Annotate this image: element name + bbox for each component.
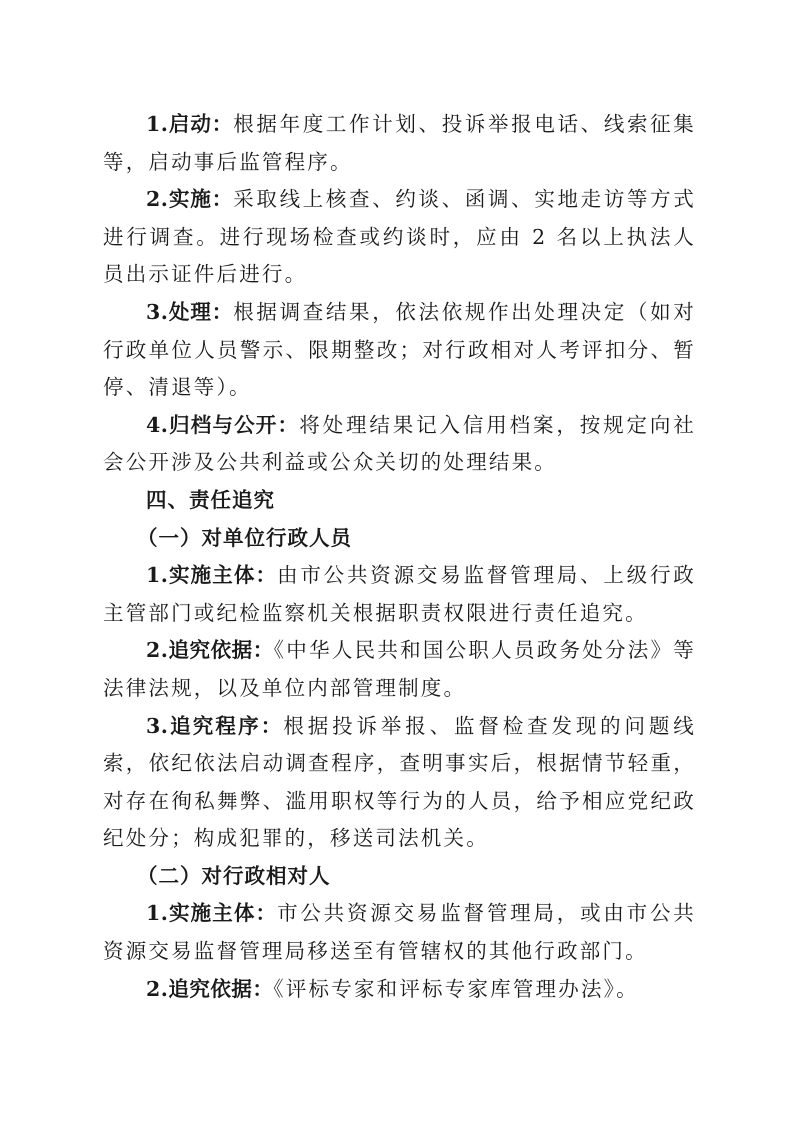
paragraph-label: 3.追究程序：	[146, 714, 283, 738]
subsection-heading-administrative-staff: （一）对单位行政人员	[103, 520, 696, 558]
subsection-heading-counterparty: （二）对行政相对人	[103, 858, 696, 896]
paragraph-label: 2.追究依据：	[146, 977, 273, 1001]
paragraph-label: 1.启动：	[146, 112, 233, 136]
paragraph-implementing-body: 1.实施主体：由市公共资源交易监督管理局、上级行政主管部门或纪检监察机关根据职责…	[103, 557, 696, 632]
paragraph-archive-publish: 4.归档与公开：将处理结果记入信用档案，按规定向社会公开涉及公共利益或公众关切的…	[103, 407, 696, 482]
paragraph-label: 2.追究依据：	[146, 638, 274, 662]
paragraph-legal-basis-2: 2.追究依据：《评标专家和评标专家库管理办法》。	[103, 971, 696, 1009]
paragraph-label: 3.处理：	[146, 300, 233, 324]
paragraph-implementing-body-2: 1.实施主体：市公共资源交易监督管理局，或由市公共资源交易监督管理局移送至有管辖…	[103, 895, 696, 970]
paragraph-handle: 3.处理：根据调查结果，依法依规作出处理决定（如对行政单位人员警示、限期整改；对…	[103, 294, 696, 407]
paragraph-start: 1.启动：根据年度工作计划、投诉举报电话、线索征集等，启动事后监管程序。	[103, 106, 696, 181]
paragraph-implement: 2.实施：采取线上核查、约谈、函调、实地走访等方式进行调查。进行现场检查或约谈时…	[103, 181, 696, 294]
paragraph-label: 1.实施主体：	[146, 901, 277, 925]
paragraph-label: 1.实施主体：	[146, 563, 277, 587]
paragraph-procedure: 3.追究程序：根据投诉举报、监督检查发现的问题线索，依纪依法启动调查程序，查明事…	[103, 708, 696, 858]
paragraph-text: 《评标专家和评标专家库管理办法》。	[273, 977, 638, 1001]
section-heading-accountability: 四、责任追究	[103, 482, 696, 520]
paragraph-legal-basis: 2.追究依据：《中华人民共和国公职人员政务处分法》等法律法规，以及单位内部管理制…	[103, 632, 696, 707]
document-page: 1.启动：根据年度工作计划、投诉举报电话、线索征集等，启动事后监管程序。 2.实…	[103, 106, 696, 1008]
paragraph-label: 2.实施：	[146, 187, 233, 211]
paragraph-label: 4.归档与公开：	[146, 413, 299, 437]
